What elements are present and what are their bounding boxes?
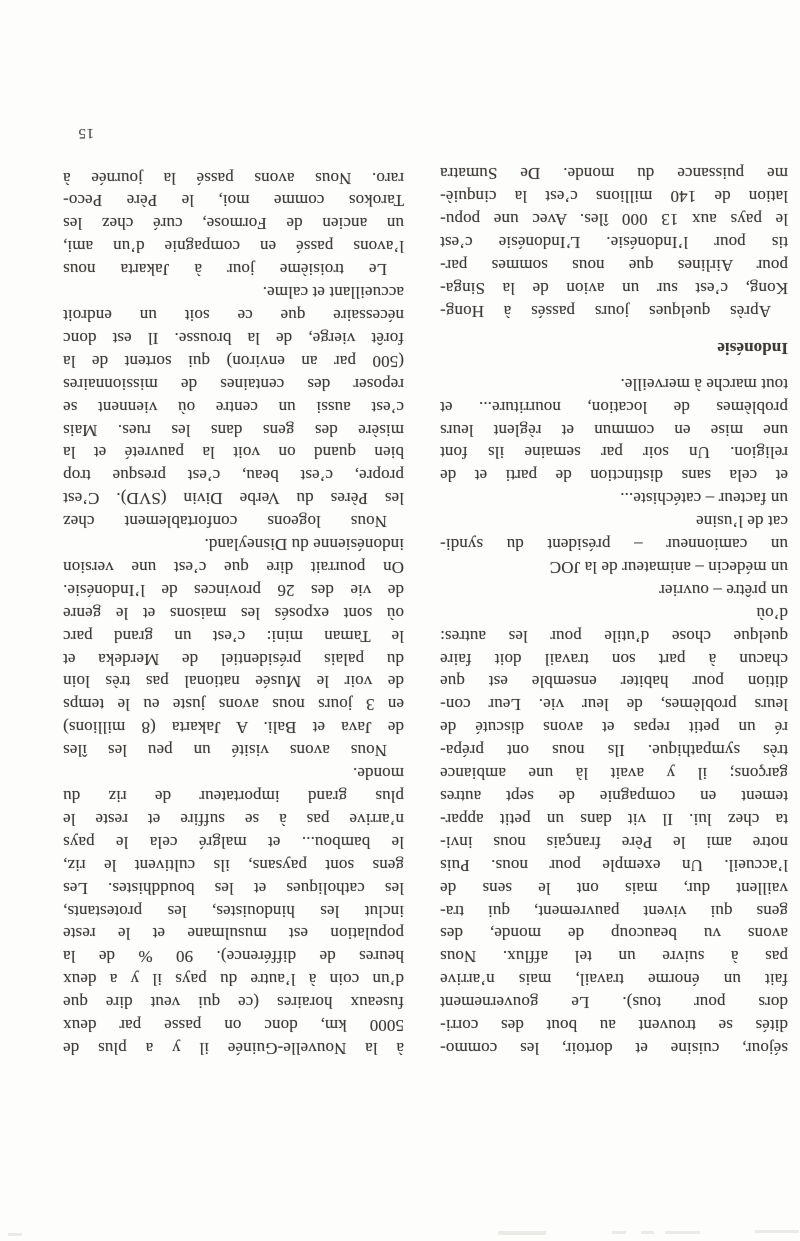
text-line: une mise en commun et règlent leurs: [440, 418, 788, 441]
text-line: Nous avons visité un peu les îles: [63, 738, 404, 761]
text-line: très sympathique. Ils nous ont prépa-: [440, 738, 788, 761]
text-line: un ancien de Formose, curé chez les: [63, 211, 404, 234]
text-line: garçons; il y avait là une ambiance: [440, 761, 788, 784]
text-line: tement en compagnie de sept autres: [440, 784, 788, 807]
text-line: et cela sans distinction de parti et de: [440, 463, 788, 486]
text-line: problèmes de location, nourriture... et: [440, 395, 788, 418]
text-line: tis pour l’Indonésie. L’Indonésie c’est: [440, 230, 788, 253]
text-line: dition pour habiter ensemble est que: [440, 670, 788, 693]
text-line: de voir le Musée national pas très loin: [63, 670, 404, 693]
text-line: inclut les hindouistes, les protestants,: [63, 899, 404, 922]
text-line: pour Airlines que nous sommes par-: [440, 253, 788, 276]
text-line: quelque chose d’utile pour les autres:: [440, 624, 788, 647]
text-line: Après quelques jours passés à Hong-: [440, 299, 788, 322]
text-line: un facteur – catéchiste...: [440, 486, 788, 509]
paragraph: à la Nouvelle-Guinée il y a plus de5000 …: [63, 761, 404, 1059]
text-line: fuseaux horaires (ce qui veut dire que: [63, 990, 404, 1013]
text-line: leurs problèmes, de leur vie. Leur con-: [440, 693, 788, 716]
text-line: propre, c’est beau, c’est presque trop: [63, 463, 404, 486]
text-line: l’accueil. Un exemple pour nous. Puis: [440, 853, 788, 876]
text-line: ré un petit repas et avons discuté de: [440, 715, 788, 738]
text-line: me puissance du monde. De Sumatra: [440, 162, 788, 185]
text-line: en 3 jours nous avons juste eu le temps: [63, 693, 404, 716]
text-line: fait un énorme travail, mais n’arrive: [440, 967, 788, 990]
text-line: dors pour tous). Le gouvernement: [440, 990, 788, 1013]
text-line: où sont exposés les maisons et le genre: [63, 601, 404, 624]
text-line: forêt vierge, de la brousse. Il est donc: [63, 326, 404, 349]
text-line: tout marche à merveille.: [440, 372, 788, 395]
text-line: 5000 km, donc on passe par deux: [63, 1013, 404, 1036]
text-line: bien quand on voit la pauvreté et la: [63, 441, 404, 464]
text-line: Le troisième jour à Jakarta nous: [63, 257, 404, 280]
text-line: le bambou... et malgré cela le pays: [63, 830, 404, 853]
text-line: raro. Nous avons passé la journée à: [63, 166, 404, 189]
text-line: l’avons passé en compagnie d’un ami,: [63, 234, 404, 257]
text-line: gens qui vivent pauvrement, qui tra-: [440, 899, 788, 922]
paragraph: Le troisième jour à Jakarta nousl’avons …: [63, 166, 404, 281]
text-line: plus grand importateur de riz du: [63, 784, 404, 807]
text-line: d’où: [440, 601, 788, 624]
text-line: misère des gens dans les rues. Mais: [63, 418, 404, 441]
text-line: de vie des 26 provinces de l’Indonésie.: [63, 578, 404, 601]
text-line: à la Nouvelle-Guinée il y a plus de: [63, 1036, 404, 1059]
text-line: vaillent dur, mais ont le sens de: [440, 876, 788, 899]
paragraph: séjour, cuisine et dortoir, les commo-di…: [440, 372, 788, 1059]
text-line: notre ami le Père français nous invi-: [440, 830, 788, 853]
text-line: n’arrive pas à se suffire et reste le: [63, 807, 404, 830]
paragraph: Après quelques jours passés à Hong-Kong,…: [440, 162, 788, 322]
text-line: de Java et Bali. A Jakarta (8 millions): [63, 715, 404, 738]
text-line: le pays aux 13 000 îles. Avec une popu-: [440, 207, 788, 230]
text-line: c’est aussi un centre où viennent se: [63, 395, 404, 418]
text-line: reposer des centaines de missionnaires: [63, 372, 404, 395]
text-line: ta chez lui. Il vit dans un petit appar-: [440, 807, 788, 830]
text-line: population est musulmane et le reste: [63, 922, 404, 945]
text-line: chacun à part son travail doit faire: [440, 647, 788, 670]
text-line: Nous logeons confortablement chez: [63, 509, 404, 532]
text-line: séjour, cuisine et dortoir, les commo-: [440, 1036, 788, 1059]
text-line: Kong, c’est sur un avion de la Singa-: [440, 276, 788, 299]
paragraph: Nous logeons confortablement chezles Pèr…: [63, 280, 404, 532]
text-line: les catholiques et les bouddhistes. Les: [63, 876, 404, 899]
scanned-document: séjour, cuisine et dortoir, les commo-di…: [0, 0, 800, 1241]
text-line: (500 par an environ) qui sortent de la: [63, 349, 404, 372]
text-line: cat de l’usine: [440, 509, 788, 532]
text-line: les Pères du Verbe Divin (SVD). C’est: [63, 486, 404, 509]
text-line: gens sont paysans, ils cultivent le riz,: [63, 853, 404, 876]
text-line: un prêtre – ouvrier: [440, 578, 788, 601]
text-line: Tarokos comme moi, le Père Peco-: [63, 189, 404, 212]
text-line: le Taman mini: c’est un grand parc: [63, 624, 404, 647]
text-line: heures de différence). 90 % de la: [63, 944, 404, 967]
text-line: accueillant et calme.: [63, 280, 404, 303]
page-rotated-180: séjour, cuisine et dortoir, les commo-di…: [0, 0, 800, 1241]
text-line: un camionneur – président du syndi-: [440, 532, 788, 555]
column-right: à la Nouvelle-Guinée il y a plus de5000 …: [63, 166, 404, 1059]
paragraph: Nous avons visité un peu les îlesde Java…: [63, 532, 404, 761]
text-line: lation de 140 millions c’est la cinquiè-: [440, 184, 788, 207]
text-line: monde.: [63, 761, 404, 784]
text-line: On pourrait dire que c’est une version: [63, 555, 404, 578]
text-line: un médecin – animateur de la JOC: [440, 555, 788, 578]
section-heading: Indonésie: [440, 336, 788, 359]
text-line: nécessaire que ce soit un endroit: [63, 303, 404, 326]
text-line: religion. Un soir par semaine ils font: [440, 441, 788, 464]
text-line: pas à suivre un tel afflux. Nous: [440, 944, 788, 967]
text-line: indonésienne du Disneyland.: [63, 532, 404, 555]
text-line: avons vu beaucoup de monde, des: [440, 922, 788, 945]
text-line: dités se trouvent au bout des corri-: [440, 1013, 788, 1036]
text-line: d’un coin à l’autre du pays il y a deux: [63, 967, 404, 990]
column-left: séjour, cuisine et dortoir, les commo-di…: [440, 162, 788, 1059]
text-line: du palais présidentiel de Merdeka et: [63, 647, 404, 670]
page-number: 15: [78, 124, 94, 141]
